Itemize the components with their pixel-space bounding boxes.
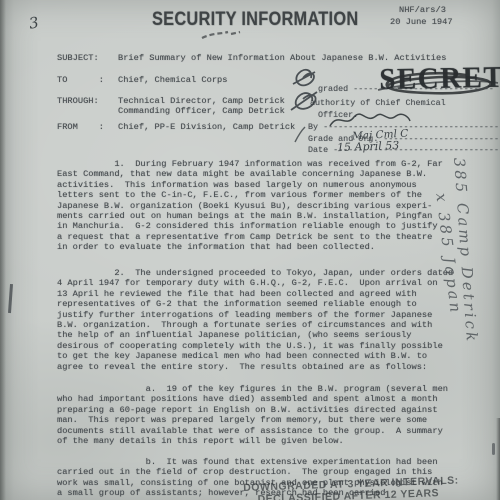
- subject-label: SUBJECT:: [57, 53, 99, 63]
- left-edge-shadow: [0, 0, 6, 500]
- pencil-smudge-mark: [200, 30, 248, 42]
- reference-number: NHF/ars/3: [399, 5, 446, 15]
- paragraph-1: 1. During February 1947 information was …: [57, 159, 443, 253]
- pen-stroke-artifact: [8, 284, 13, 313]
- document-page: 3 SECURITY INFORMATION NHF/ars/3 20 June…: [0, 0, 500, 500]
- from-label: FROM :: [57, 122, 104, 132]
- right-edge-shadow: [496, 418, 500, 500]
- to-value: Chief, Chemical Corps: [118, 75, 227, 85]
- handwritten-initials-scribble: [281, 66, 323, 116]
- security-information-stamp: SECURITY INFORMATION: [152, 8, 358, 31]
- through-label: THROUGH:: [57, 96, 99, 106]
- paragraph-2: 2. The undersigned proceeded to Tokyo, J…: [57, 268, 453, 372]
- through-value: Technical Director, Camp Detrick Command…: [118, 96, 285, 117]
- to-label: TO :: [57, 75, 104, 85]
- check-tick-mark: [293, 126, 307, 144]
- handwritten-date-value: 15 April 53: [337, 139, 400, 154]
- scan-nub-artifact: [492, 443, 495, 455]
- regrade-graded-line: graded ----------------------------: [318, 84, 494, 94]
- handwritten-page-number: 3: [28, 13, 41, 32]
- from-value: Chief, PP-E Division, Camp Detrick: [118, 122, 295, 132]
- paragraph-a: a. 19 of the key figures in the B.W. pro…: [57, 384, 448, 446]
- document-date: 20 June 1947: [390, 17, 453, 27]
